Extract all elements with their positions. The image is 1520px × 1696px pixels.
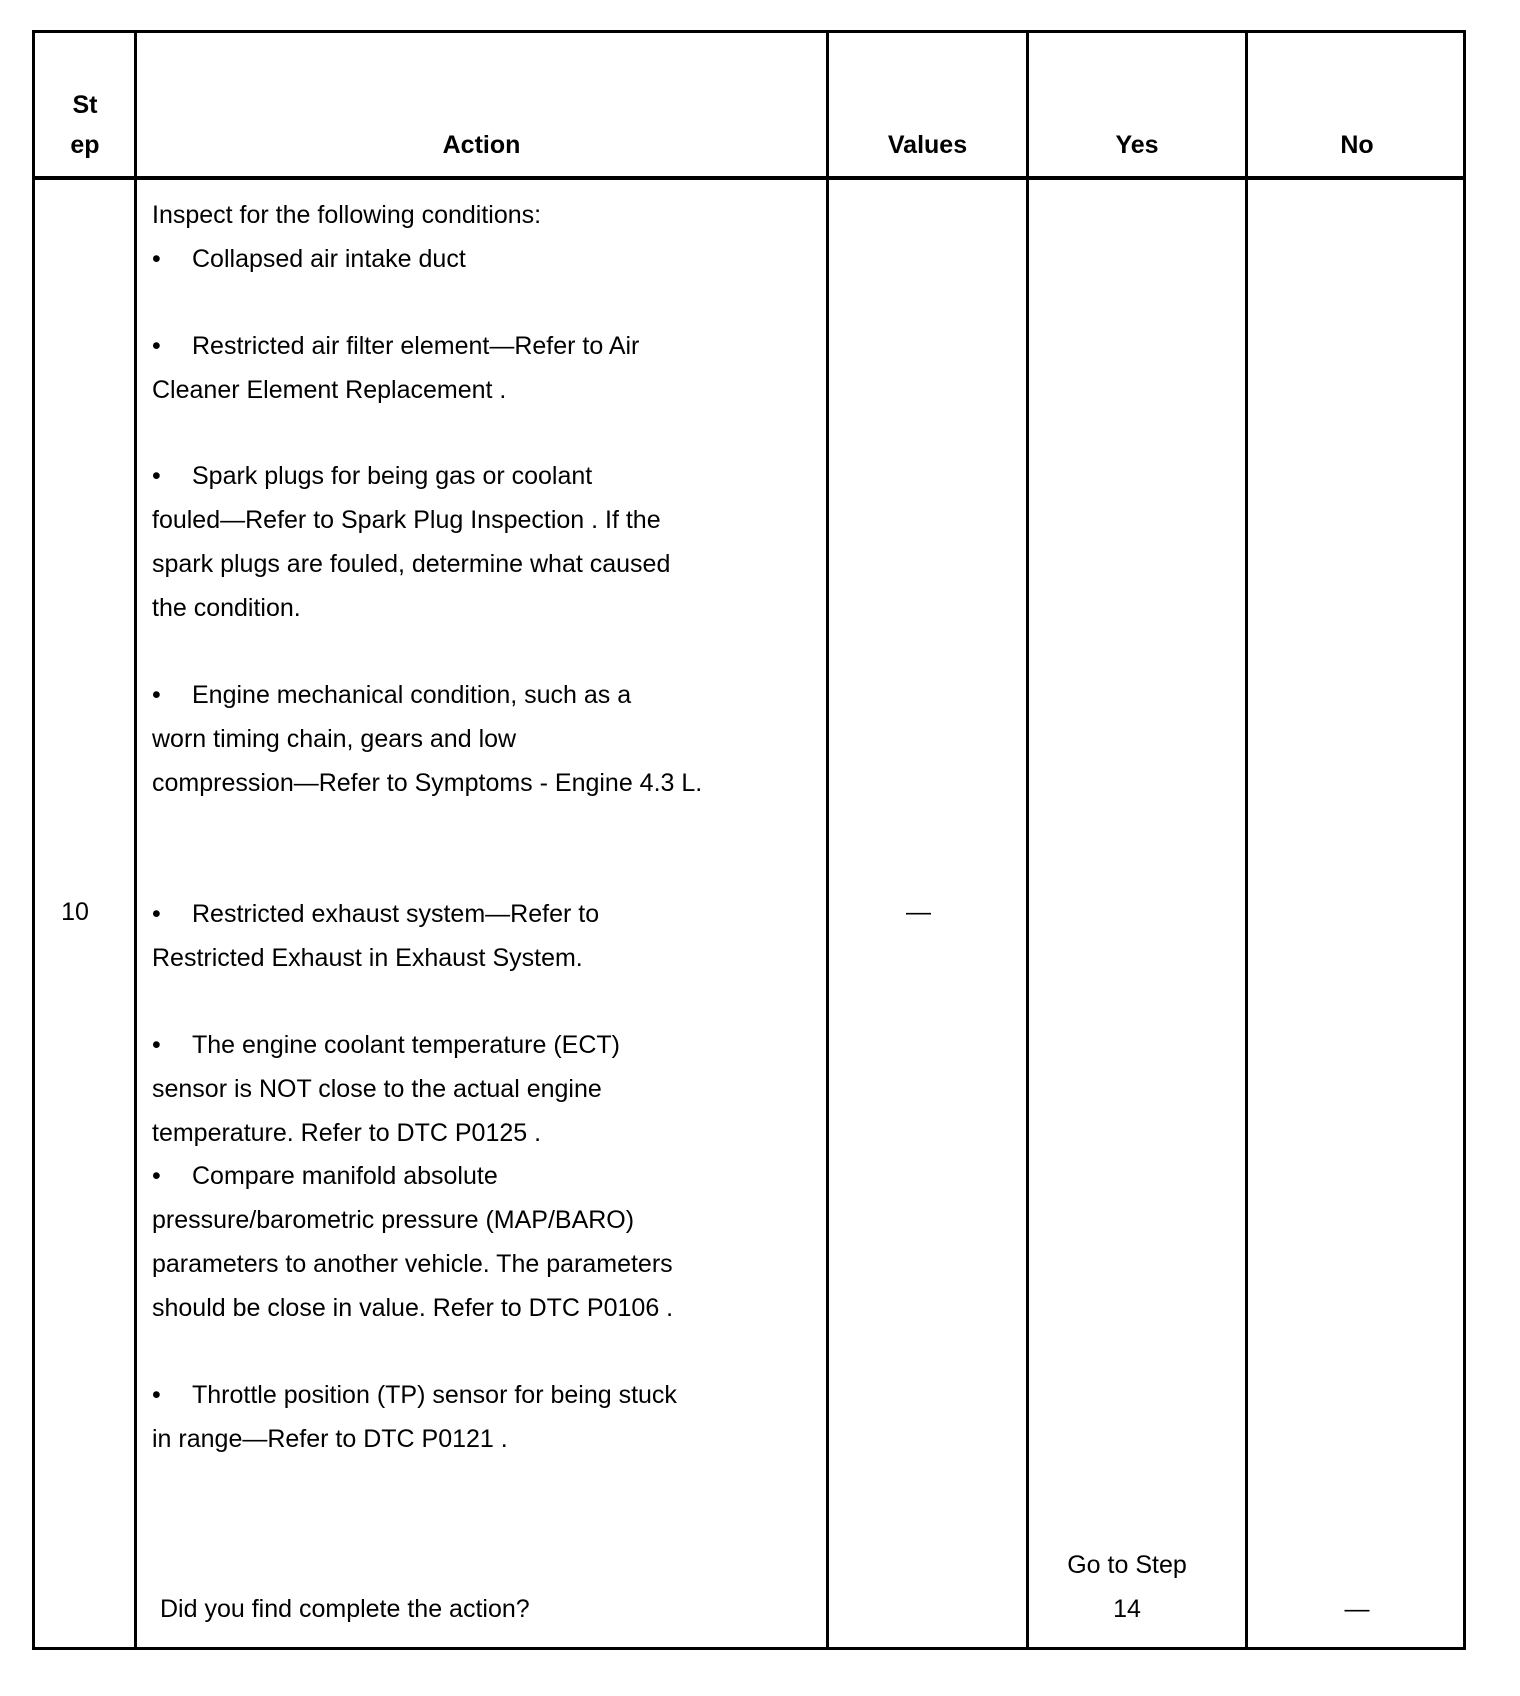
action-bullet-item: •Throttle position (TP) sensor for being… xyxy=(152,1380,677,1410)
bullet-icon: • xyxy=(152,1030,192,1060)
action-bullet-continuation: worn timing chain, gears and low xyxy=(152,724,516,754)
column-divider-action-values xyxy=(826,30,829,1650)
bullet-icon: • xyxy=(152,680,192,710)
action-bullet-item: •Spark plugs for being gas or coolant xyxy=(152,461,592,491)
header-no: No xyxy=(1248,130,1466,160)
header-values: Values xyxy=(829,130,1026,160)
header-step-line2: ep xyxy=(35,130,135,160)
action-bullet-item: •Collapsed air intake duct xyxy=(152,244,466,274)
step-number: 10 xyxy=(35,897,115,927)
column-divider-yes-no xyxy=(1245,30,1248,1650)
action-bullet-continuation: sensor is NOT close to the actual engine xyxy=(152,1074,602,1104)
action-bullet-item: •Restricted air filter element—Refer to … xyxy=(152,331,639,361)
values-cell: — xyxy=(829,897,1008,927)
action-bullet-item: •Engine mechanical condition, such as a xyxy=(152,680,631,710)
bullet-icon: • xyxy=(152,1161,192,1191)
action-bullet-continuation: pressure/barometric pressure (MAP/BARO) xyxy=(152,1205,634,1235)
bullet-icon: • xyxy=(152,899,192,929)
action-bullet-item: •Compare manifold absolute xyxy=(152,1161,498,1191)
action-bullet-text: Collapsed air intake duct xyxy=(192,245,466,273)
action-bullet-text: Throttle position (TP) sensor for being … xyxy=(192,1381,677,1409)
yes-go-to-step-label: Go to Step xyxy=(1029,1550,1225,1580)
no-cell: — xyxy=(1248,1594,1466,1624)
header-yes: Yes xyxy=(1029,130,1245,160)
bullet-icon: • xyxy=(152,244,192,274)
action-bullet-item: •Restricted exhaust system—Refer to xyxy=(152,899,599,929)
bullet-icon: • xyxy=(152,1380,192,1410)
action-bullet-continuation: spark plugs are fouled, determine what c… xyxy=(152,549,670,579)
action-bullet-text: Spark plugs for being gas or coolant xyxy=(192,462,592,490)
action-bullet-continuation: the condition. xyxy=(152,593,301,623)
header-divider xyxy=(32,176,1466,180)
bullet-icon: • xyxy=(152,461,192,491)
bullet-icon: • xyxy=(152,331,192,361)
action-bullet-continuation: should be close in value. Refer to DTC P… xyxy=(152,1293,673,1323)
action-intro: Inspect for the following conditions: xyxy=(152,200,541,230)
header-action: Action xyxy=(137,130,826,160)
action-bullet-continuation: compression—Refer to Symptoms - Engine 4… xyxy=(152,768,702,798)
header-step-line1: St xyxy=(35,90,135,120)
action-bullet-continuation: temperature. Refer to DTC P0125 . xyxy=(152,1118,541,1148)
action-bullet-continuation: Cleaner Element Replacement . xyxy=(152,375,506,405)
column-divider-values-yes xyxy=(1026,30,1029,1650)
action-bullet-text: Engine mechanical condition, such as a xyxy=(192,681,631,709)
action-bullet-text: Compare manifold absolute xyxy=(192,1162,498,1190)
action-bullet-item: •The engine coolant temperature (ECT) xyxy=(152,1030,620,1060)
action-bullet-continuation: fouled—Refer to Spark Plug Inspection . … xyxy=(152,505,661,535)
action-bullet-continuation: Restricted Exhaust in Exhaust System. xyxy=(152,943,583,973)
action-question: Did you find complete the action? xyxy=(160,1594,530,1624)
yes-go-to-step-number: 14 xyxy=(1029,1594,1225,1624)
action-bullet-text: The engine coolant temperature (ECT) xyxy=(192,1031,620,1059)
action-bullet-text: Restricted exhaust system—Refer to xyxy=(192,900,599,928)
action-bullet-continuation: parameters to another vehicle. The param… xyxy=(152,1249,673,1279)
action-bullet-continuation: in range—Refer to DTC P0121 . xyxy=(152,1424,508,1454)
column-divider-step-action xyxy=(134,30,137,1650)
action-bullet-text: Restricted air filter element—Refer to A… xyxy=(192,332,639,360)
